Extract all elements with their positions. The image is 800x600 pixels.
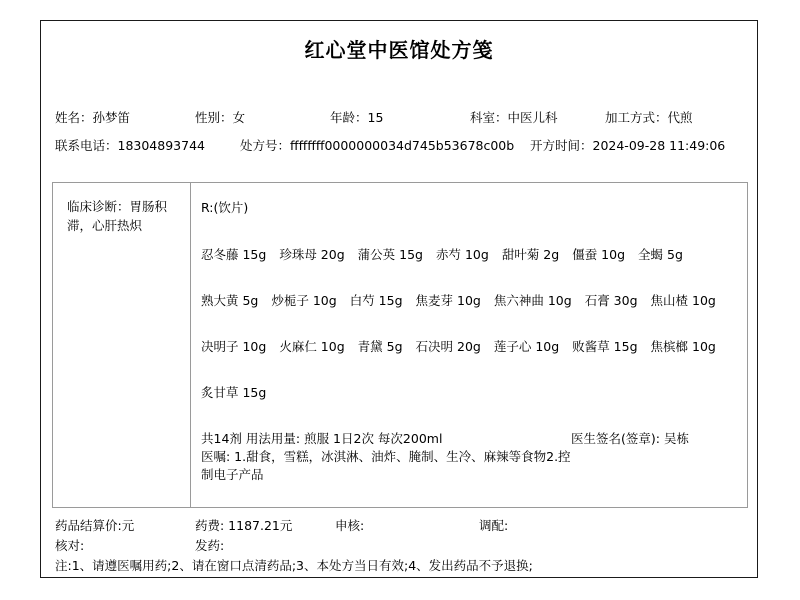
- drug-item: 白芍 15g: [350, 292, 403, 310]
- patient-field: 姓名：孙梦笛: [55, 108, 195, 126]
- drug-item: 焦麦芽 10g: [416, 292, 481, 310]
- drug-item: 决明子 10g: [201, 338, 266, 356]
- patient-field: 联系电话：18304893744: [55, 136, 240, 154]
- drug-line-2: 熟大黄 5g炒栀子 10g白芍 15g焦麦芽 10g焦六神曲 10g石膏 30g…: [201, 292, 737, 310]
- patient-field: 开方时间：2024-09-28 11:49:06: [530, 136, 747, 154]
- drug-item: 焦山楂 10g: [651, 292, 716, 310]
- footer-field: 药品结算价:元: [55, 516, 195, 536]
- patient-field: 科室：中医儿科: [470, 108, 605, 126]
- footer-row-2: 核对:发药:: [55, 536, 747, 556]
- patient-field: 加工方式：代煎: [605, 108, 747, 126]
- usage-row: 共14剂 用法用量: 煎服 1日2次 每次200ml 医生签名(签章): 吴栋: [201, 430, 737, 448]
- drug-item: 焦六神曲 10g: [494, 292, 572, 310]
- drug-item: 青黛 5g: [358, 338, 403, 356]
- footer-field: 药费: 1187.21元: [195, 516, 335, 536]
- advice-line: 制电子产品: [201, 466, 737, 484]
- footer-field: 发药:: [195, 536, 747, 556]
- doctor-signature: 医生签名(签章): 吴栋: [571, 430, 689, 448]
- rx-cell: R:(饮片) 忍冬藤 15g珍珠母 20g蒲公英 15g赤芍 10g甜叶菊 2g…: [191, 183, 747, 507]
- patient-field: 性别：女: [195, 108, 330, 126]
- usage-text: 共14剂 用法用量: 煎服 1日2次 每次200ml: [201, 430, 442, 448]
- drug-item: 败酱草 15g: [572, 338, 637, 356]
- patient-info-row-2: 联系电话：18304893744处方号：ffffffff0000000034d7…: [55, 136, 747, 154]
- drug-item: 蒲公英 15g: [358, 246, 423, 264]
- drug-item: 炙甘草 15g: [201, 384, 266, 402]
- drug-item: 珍珠母 20g: [279, 246, 344, 264]
- drug-item: 僵蚕 10g: [572, 246, 625, 264]
- drug-item: 忍冬藤 15g: [201, 246, 266, 264]
- patient-field: 处方号：ffffffff0000000034d745b53678c00b: [240, 136, 530, 154]
- footer-field: 申核:: [335, 516, 479, 536]
- drug-line-3: 决明子 10g火麻仁 10g青黛 5g石决明 20g莲子心 10g败酱草 15g…: [201, 338, 737, 356]
- drug-item: 火麻仁 10g: [279, 338, 344, 356]
- drug-item: 炒栀子 10g: [271, 292, 336, 310]
- drug-item: 熟大黄 5g: [201, 292, 258, 310]
- diagnosis-label: 临床诊断：: [67, 199, 130, 214]
- footer-section: 药品结算价:元药费: 1187.21元申核:调配: 核对:发药: 注:1、请遵医…: [55, 516, 747, 576]
- drug-item: 石决明 20g: [416, 338, 481, 356]
- patient-info-row-1: 姓名：孙梦笛性别：女年龄：15科室：中医儿科加工方式：代煎: [55, 108, 747, 126]
- drug-item: 莲子心 10g: [494, 338, 559, 356]
- drug-item: 全蝎 5g: [638, 246, 683, 264]
- drug-item: 甜叶菊 2g: [502, 246, 559, 264]
- drug-item: 石膏 30g: [585, 292, 638, 310]
- clinical-diagnosis: 临床诊断：胃肠积滞，心肝热炽: [53, 183, 191, 507]
- footer-field: 核对:: [55, 536, 195, 556]
- footer-note: 注:1、请遵医嘱用药;2、请在窗口点清药品;3、本处方当日有效;4、发出药品不予…: [55, 556, 747, 576]
- medical-advice: 医嘱: 1.甜食，雪糕，冰淇淋、油炸、腌制、生冷、麻辣等食物2.控制电子产品: [201, 448, 737, 484]
- form-title: 红心堂中医馆处方笺: [40, 34, 758, 63]
- doctor-sign-label: 医生签名(签章):: [571, 431, 664, 446]
- doctor-name: 吴栋: [664, 431, 689, 446]
- drug-item: 赤芍 10g: [436, 246, 489, 264]
- rx-header: R:(饮片): [201, 199, 737, 217]
- footer-field: 调配:: [479, 516, 747, 536]
- footer-row-1: 药品结算价:元药费: 1187.21元申核:调配:: [55, 516, 747, 536]
- drug-line-1: 忍冬藤 15g珍珠母 20g蒲公英 15g赤芍 10g甜叶菊 2g僵蚕 10g全…: [201, 246, 737, 264]
- drug-line-4: 炙甘草 15g: [201, 384, 737, 402]
- patient-field: 年龄：15: [330, 108, 470, 126]
- prescription-box: 临床诊断：胃肠积滞，心肝热炽 R:(饮片) 忍冬藤 15g珍珠母 20g蒲公英 …: [52, 182, 748, 508]
- drug-item: 焦槟榔 10g: [651, 338, 716, 356]
- advice-line: 医嘱: 1.甜食，雪糕，冰淇淋、油炸、腌制、生冷、麻辣等食物2.控: [201, 448, 737, 466]
